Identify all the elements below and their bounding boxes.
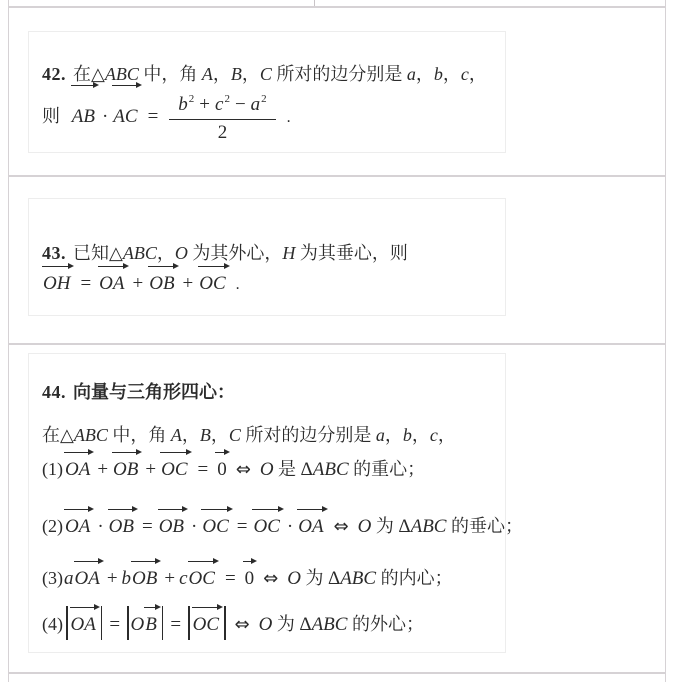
vector-OB: OB [148,263,177,297]
delta-symbol: Δ [398,516,410,537]
plus-sign: + [97,459,108,480]
text-segment: 在△ [73,64,105,84]
math-ABC: ABC [411,516,447,537]
vector-OC: OC [192,604,222,638]
vector-OB: OB [112,449,141,483]
equals-sign: = [170,614,181,635]
coef-b: b [122,568,132,589]
plus-sign: + [145,459,156,480]
item-number-42: 42. [42,64,66,84]
card-43: 43.已知△ABC，O 为其外心，H 为其垂心，则 OH=OA+OB+OC. [9,177,665,343]
card-44-inner-box: 44.向量与三角形四心： 在△ABC 中，角 A，B，C 所对的边分别是 a，b… [28,353,506,653]
math-ABC: ABC [312,614,348,635]
next-card-partial [9,674,665,682]
zero-vector: 0 [215,449,229,483]
abs-bar [162,606,164,640]
vector-OA: OA [297,506,326,540]
math-a: a [407,64,416,84]
math-ABC: ABC [74,425,108,445]
previous-card-partial [9,0,665,6]
vector-OB: OB [158,506,187,540]
math-ABC: ABC [313,459,349,480]
math-b: b [434,64,443,84]
vector-OC: OC [201,506,231,540]
item-label: (3) [42,568,63,588]
property-circumcenter: (4)OA=OB=OC⇔O 为 ΔABC 的外心； [42,604,424,643]
math-a: a [376,425,385,445]
math-B: B [231,64,242,84]
abs-bar [127,606,129,640]
abs-bar [101,606,103,640]
math-O: O [287,568,301,589]
math-H: H [282,243,295,263]
text-segment: 的垂心； [446,516,523,536]
delta-symbol: Δ [301,459,313,480]
plus-sign: + [164,568,175,589]
fraction: b2+c2−a22 [169,92,275,144]
card-44: 44.向量与三角形四心： 在△ABC 中，角 A，B，C 所对的边分别是 a，b… [9,345,665,672]
property-centroid: (1)OA+OB+OC=0⇔O 是 ΔABC 的重心； [42,449,425,483]
math-O: O [131,614,145,635]
text-segment: 的外心； [347,614,424,634]
period: . [236,276,240,293]
iff-arrow: ⇔ [334,516,349,537]
zero-vector: 0 [243,558,257,592]
abs-bar [66,606,68,640]
iff-arrow: ⇔ [235,614,250,635]
delta-symbol: Δ [299,614,311,635]
dot-operator: · [191,516,197,537]
card-43-inner-box: 43.已知△ABC，O 为其外心，H 为其垂心，则 OH=OA+OB+OC. [28,198,506,316]
equals-sign: = [80,273,91,294]
equals-sign: = [142,516,153,537]
equals-sign: = [198,459,209,480]
coef-c: c [179,568,187,589]
text-segment: 为 [371,516,398,536]
equals-sign: = [237,516,248,537]
delta-symbol: Δ [328,568,340,589]
text-segment: ， [443,64,461,84]
period: . [287,109,291,126]
math-A: A [202,64,213,84]
math-O: O [260,459,274,480]
vector-AB: AB [71,82,98,144]
vector-OC: OC [252,506,282,540]
plus-sign: + [107,568,118,589]
abs-bar [224,606,226,640]
vector-OA: OA [98,263,127,297]
text-segment: ， [438,425,456,445]
formula-42: 则 AB·AC=b2+c2−a22. [42,82,291,145]
vector-OC: OC [160,449,190,483]
math-O: O [259,614,273,635]
text-segment: 中，角 [108,425,171,445]
vector-OA: OA [74,558,103,592]
text-segment: ， [416,64,434,84]
vector-OC: OC [188,558,218,592]
dot-operator: · [102,106,108,127]
vector-OB: OB [131,558,160,592]
item-label: (4) [42,614,63,634]
text-segment: 为其垂心，则 [295,243,408,263]
iff-arrow: ⇔ [263,568,278,589]
coef-a: a [64,568,74,589]
card-44-title: 44.向量与三角形四心： [42,381,235,403]
math-b: b [403,425,412,445]
text-segment: 所对的边分别是 [272,64,407,84]
math-c: c [461,64,469,84]
equals-sign: = [225,568,236,589]
card-42: 42.在△ABC 中，角 A，B，C 所对的边分别是 a，b，c， 则 AB·A… [9,8,665,175]
card-42-inner-box: 42.在△ABC 中，角 A，B，C 所对的边分别是 a，b，c， 则 AB·A… [28,31,506,153]
item-number-44: 44. [42,382,66,402]
fraction-numerator: b2+c2−a2 [169,92,275,120]
text-segment: 的内心； [376,568,453,588]
vector-AC: AC [112,82,140,144]
formula-43: OH=OA+OB+OC. [42,263,240,298]
text-segment: ， [213,64,231,84]
text-segment: ， [182,425,200,445]
math-c: c [430,425,438,445]
math-ABC: ABC [105,64,139,84]
text-segment: ， [211,425,229,445]
math-C: C [260,64,272,84]
abs-bar [188,606,190,640]
card-43-line1: 43.已知△ABC，O 为其外心，H 为其垂心，则 [42,242,408,264]
item-number-43: 43. [42,243,66,263]
property-orthocenter: (2)OA·OB=OB·OC=OC·OA⇔O 为 ΔABC 的垂心； [42,506,523,540]
vector-OB: OB [108,506,137,540]
text-then: 则 [42,106,60,126]
text-segment: ， [385,425,403,445]
text-segment: 在△ [42,425,74,445]
math-O: O [175,243,188,263]
text-segment: 的重心； [349,459,426,479]
math-O: O [358,516,372,537]
card-column: 42.在△ABC 中，角 A，B，C 所对的边分别是 a，b，c， 则 AB·A… [8,0,666,682]
vector-OA: OA [64,449,93,483]
iff-arrow: ⇔ [236,459,251,480]
plus-sign: + [183,273,194,294]
text-segment: ， [157,243,175,263]
equals-sign: = [148,106,159,127]
text-segment: ， [469,64,487,84]
vector-OH: OH [42,263,73,297]
text-segment: 是 [274,459,301,479]
vector-OC: OC [198,263,228,297]
fraction-denominator: 2 [169,120,275,144]
text-segment: 为其外心， [188,243,283,263]
vector-B: B [144,604,160,638]
vector-OA: OA [70,604,99,638]
math-ABC: ABC [123,243,157,263]
divider-tick [314,0,315,6]
text-segment: 已知△ [73,243,123,263]
math-C: C [229,425,241,445]
card-44-line1: 在△ABC 中，角 A，B，C 所对的边分别是 a，b，c， [42,424,456,446]
title-text: 向量与三角形四心： [73,382,235,402]
text-segment: ， [412,425,430,445]
text-segment: 所对的边分别是 [241,425,376,445]
item-label: (2) [42,516,63,536]
text-segment: 为 [272,614,299,634]
dot-operator: · [97,516,103,537]
math-A: A [171,425,182,445]
text-segment: 中，角 [139,64,202,84]
equals-sign: = [109,614,120,635]
item-label: (1) [42,459,63,479]
math-ABC: ABC [340,568,376,589]
math-B: B [200,425,211,445]
property-incenter: (3)aOA+bOB+cOC=0⇔O 为 ΔABC 的内心； [42,558,453,592]
vector-OA: OA [64,506,93,540]
plus-sign: + [133,273,144,294]
text-segment: 为 [301,568,328,588]
text-segment: ， [242,64,260,84]
dot-operator: · [287,516,293,537]
